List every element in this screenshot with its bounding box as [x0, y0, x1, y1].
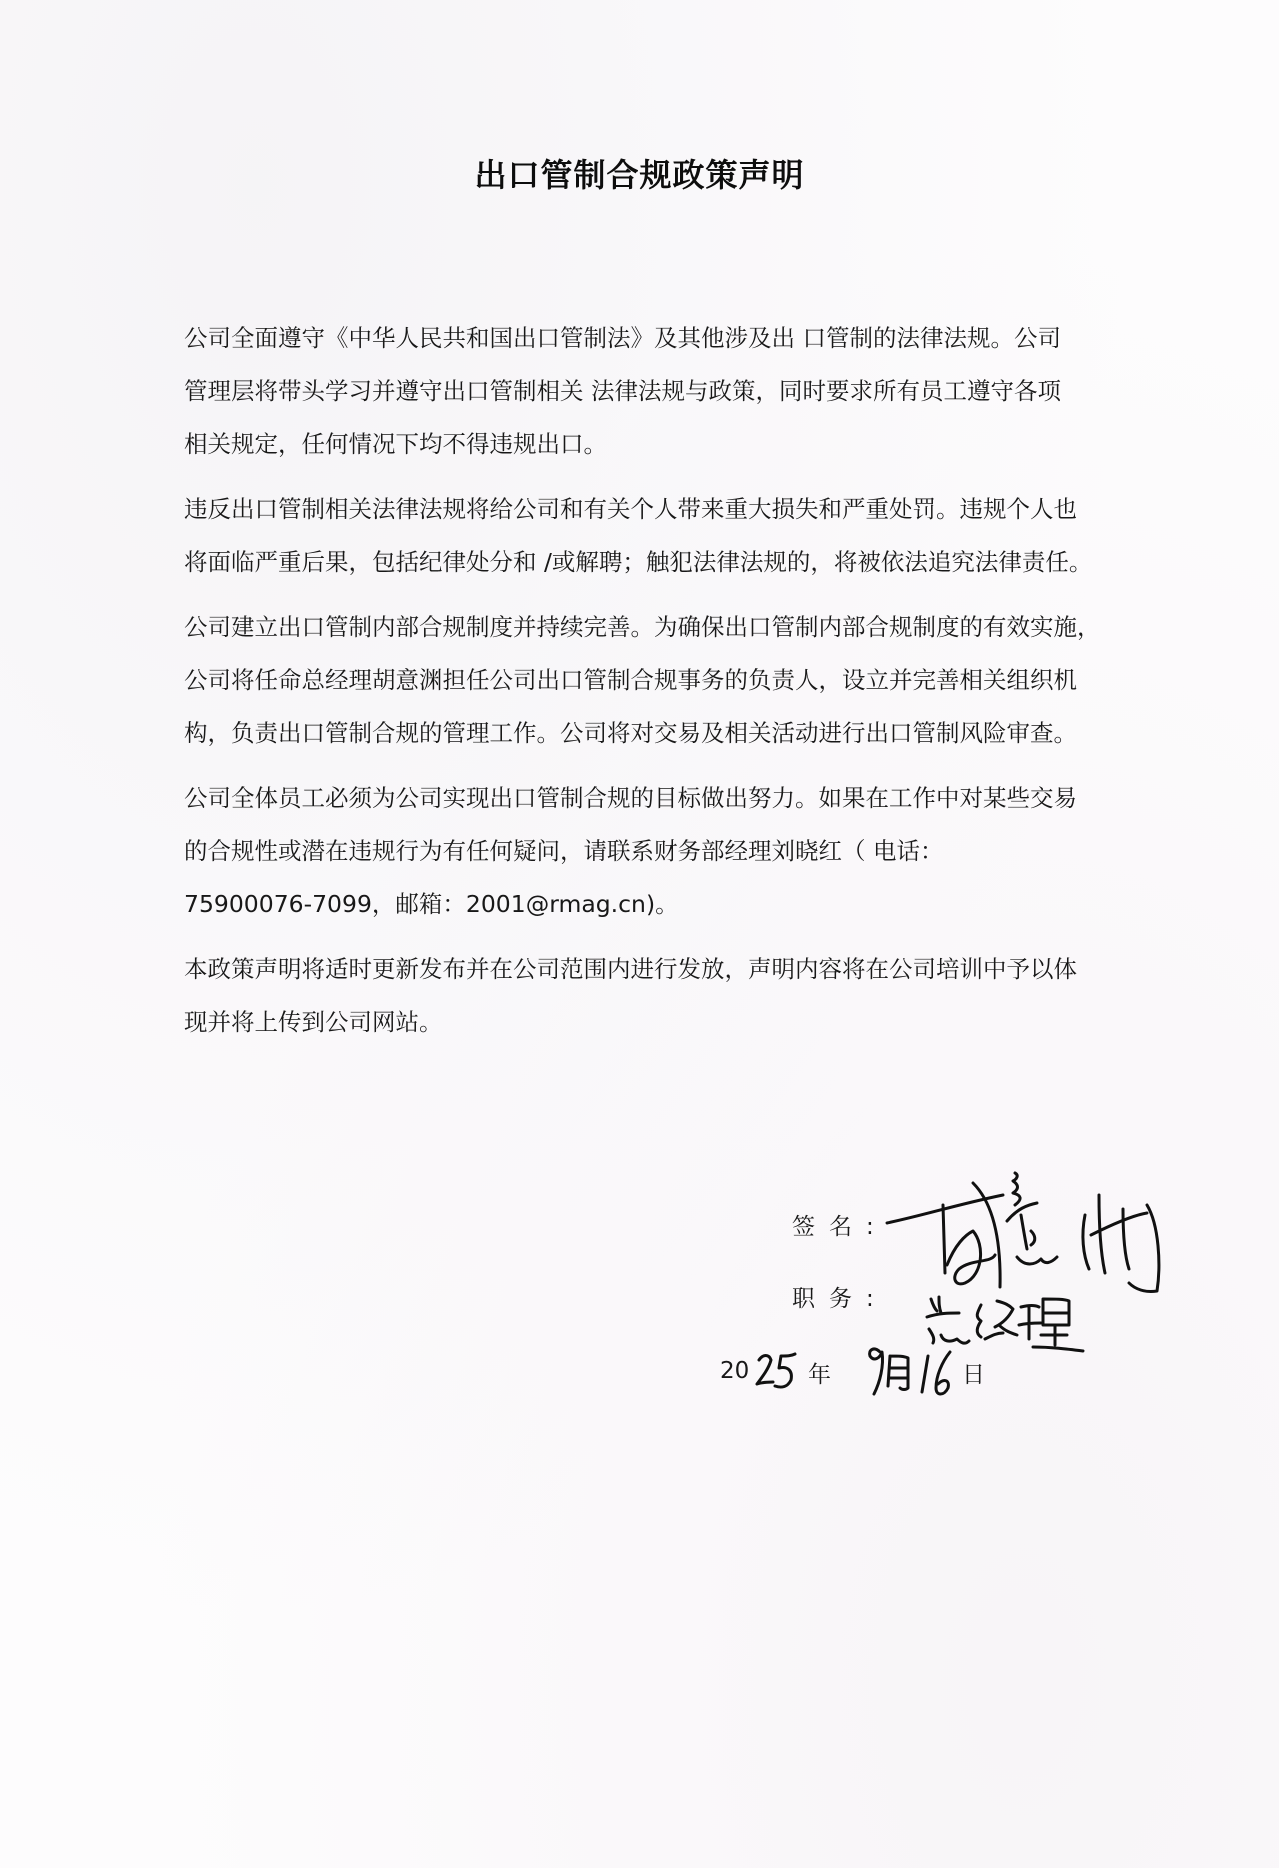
paragraph-line: 本政策声明将适时更新发布并在公司范围内进行发放，声明内容将在公司培训中予以体 — [184, 943, 1114, 996]
date-year-unit: 年 — [808, 1356, 831, 1389]
paragraph-line: 现并将上传到公司网站。 — [184, 996, 1114, 1049]
document-title: 出口管制合规政策声明 — [0, 150, 1279, 196]
handwritten-month — [866, 1342, 926, 1398]
paragraph-contact: 公司全体员工必须为公司实现出口管制合规的目标做出努力。如果在工作中对某些交易 的… — [184, 772, 1114, 931]
paragraph-line: 公司将任命总经理胡意渊担任公司出口管制合规事务的负责人，设立并完善相关组织机 — [184, 654, 1114, 707]
paragraph-line: 将面临严重后果，包括纪律处分和 /或解聘；触犯法律法规的，将被依法追究法律责任。 — [184, 536, 1114, 589]
date-day-unit: 日 — [962, 1356, 985, 1389]
handwritten-signature — [885, 1165, 1185, 1315]
document-page: 出口管制合规政策声明 公司全面遵守《中华人民共和国出口管制法》及其他涉及出 口管… — [0, 0, 1279, 1868]
document-body: 公司全面遵守《中华人民共和国出口管制法》及其他涉及出 口管制的法律法规。公司 管… — [184, 312, 1114, 1061]
paragraph-line: 管理层将带头学习并遵守出口管制相关 法律法规与政策，同时要求所有员工遵守各项 — [184, 365, 1114, 418]
paragraph-line: 公司建立出口管制内部合规制度并持续完善。为确保出口管制内部合规制度的有效实施， — [184, 601, 1114, 654]
paragraph-line: 违反出口管制相关法律法规将给公司和有关个人带来重大损失和严重处罚。违规个人也 — [184, 483, 1114, 536]
paragraph-compliance: 公司全面遵守《中华人民共和国出口管制法》及其他涉及出 口管制的法律法规。公司 管… — [184, 312, 1114, 471]
handwritten-day — [920, 1346, 964, 1398]
paragraph-line: 相关规定，任何情况下均不得违规出口。 — [184, 418, 1114, 471]
paragraph-violations: 违反出口管制相关法律法规将给公司和有关个人带来重大损失和严重处罚。违规个人也 将… — [184, 483, 1114, 589]
date-year-prefix: 20 — [720, 1358, 749, 1384]
position-label: 职务: — [792, 1280, 888, 1313]
paragraph-line: 公司全面遵守《中华人民共和国出口管制法》及其他涉及出 口管制的法律法规。公司 — [184, 312, 1114, 365]
paragraph-publication: 本政策声明将适时更新发布并在公司范围内进行发放，声明内容将在公司培训中予以体 现… — [184, 943, 1114, 1049]
handwritten-position — [925, 1295, 1085, 1355]
paragraph-line: 构，负责出口管制合规的管理工作。公司将对交易及相关活动进行出口管制风险审查。 — [184, 707, 1114, 760]
sign-label: 签名: — [792, 1208, 888, 1241]
paragraph-internal-system: 公司建立出口管制内部合规制度并持续完善。为确保出口管制内部合规制度的有效实施， … — [184, 601, 1114, 760]
paragraph-line: 75900076-7099，邮箱：2001@rmag.cn)。 — [184, 878, 1114, 931]
handwritten-year — [755, 1350, 795, 1394]
paragraph-line: 的合规性或潜在违规行为有任何疑问，请联系财务部经理刘晓红（ 电话： — [184, 825, 1114, 878]
paragraph-line: 公司全体员工必须为公司实现出口管制合规的目标做出努力。如果在工作中对某些交易 — [184, 772, 1114, 825]
